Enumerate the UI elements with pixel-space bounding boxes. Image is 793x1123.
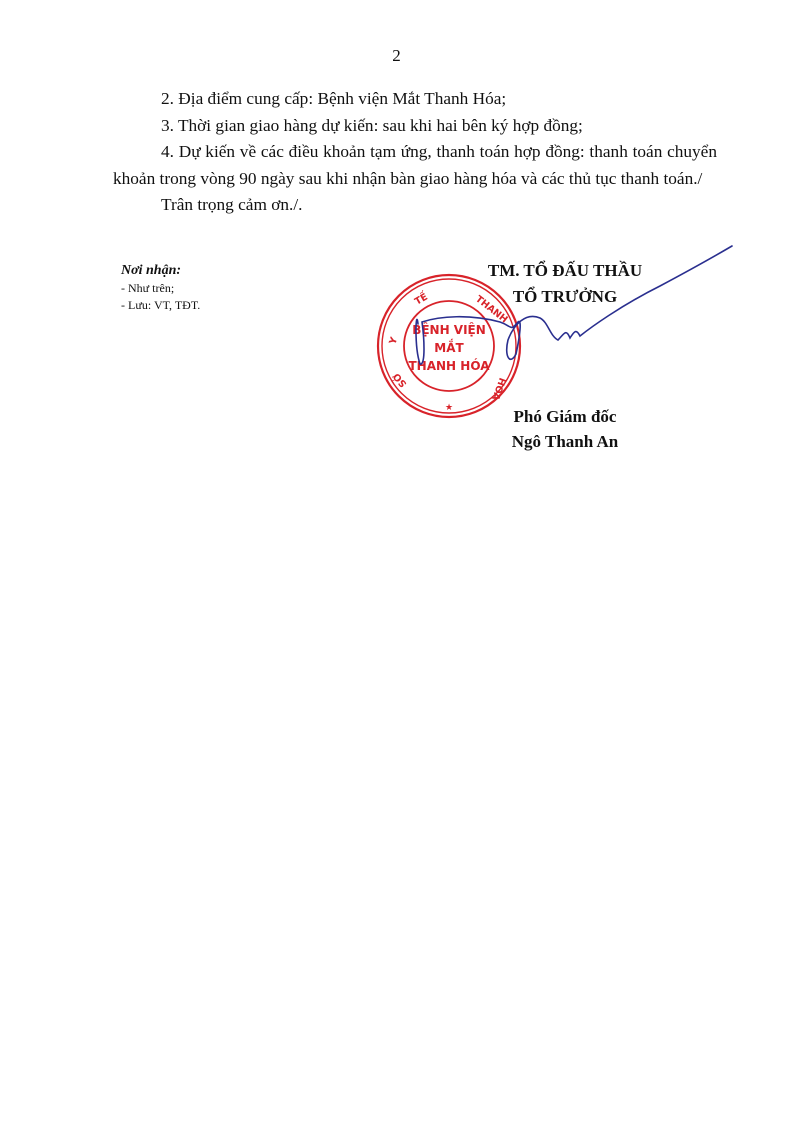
stamp-inner-line2: MẮT (434, 339, 464, 355)
recipient-item: - Như trên; (121, 280, 200, 297)
closing-thanks: Trân trọng cảm ơn./. (113, 192, 717, 219)
page-number: 2 (0, 46, 793, 66)
signer-position: Phó Giám đốc (470, 404, 660, 429)
document-body: 2. Địa điểm cung cấp: Bệnh viện Mắt Than… (113, 86, 717, 219)
stamp-inner-line1: BỆNH VIỆN (412, 322, 486, 337)
recipient-item: - Lưu: VT, TĐT. (121, 297, 200, 314)
paragraph-delivery-time: 3. Thời gian giao hàng dự kiến: sau khi … (113, 113, 717, 140)
stamp-inner-line3: THANH HÓA (409, 358, 491, 373)
recipients-block: Nơi nhận: - Như trên; - Lưu: VT, TĐT. (121, 262, 200, 314)
recipients-title: Nơi nhận: (121, 262, 200, 280)
paragraph-payment-terms: 4. Dự kiến về các điều khoản tạm ứng, th… (113, 139, 717, 192)
stamp-ring-thanh: THANH (473, 294, 510, 326)
stamp-ring-y: Y (387, 336, 400, 347)
stamp-ring-te: TẾ (412, 290, 430, 308)
signer-block: Phó Giám đốc Ngô Thanh An (470, 404, 660, 454)
official-stamp: Y TẾ THANH HÓA SỞ ★ BỆNH VIỆN MẮT THANH … (375, 272, 523, 420)
signer-name: Ngô Thanh An (470, 429, 660, 454)
paragraph-delivery-location: 2. Địa điểm cung cấp: Bệnh viện Mắt Than… (113, 86, 717, 113)
stamp-star: ★ (445, 403, 453, 413)
